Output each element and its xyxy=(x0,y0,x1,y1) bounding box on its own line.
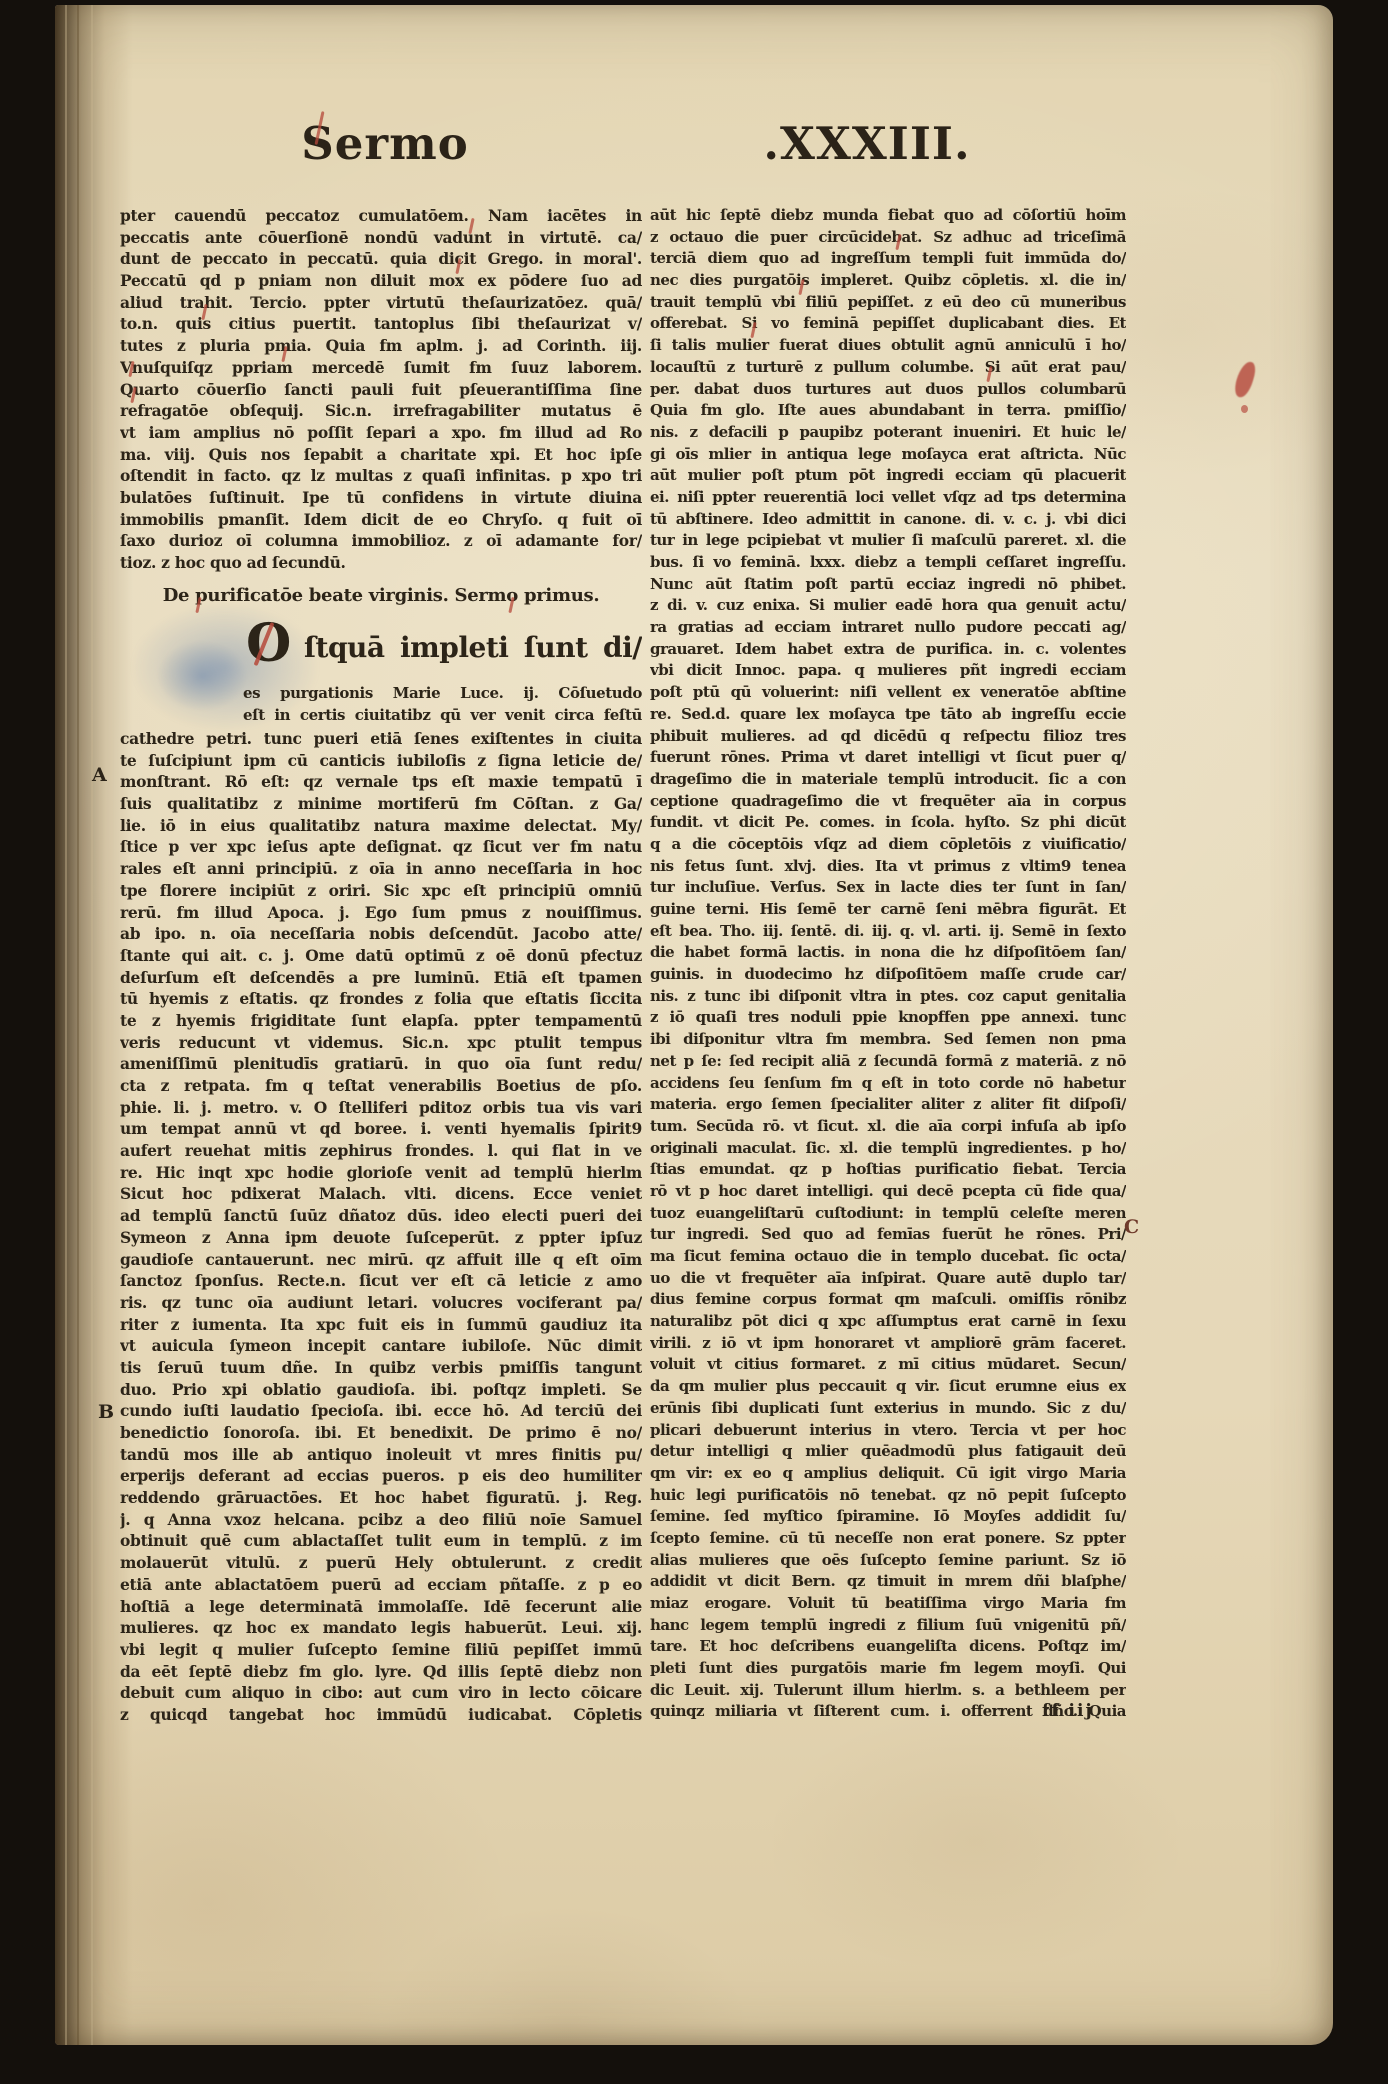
text-line: nis. z defacili p paupibz poterant inuen… xyxy=(650,422,1126,444)
text-line: cundo iuſti laudatio ſpecioſa. ibi. ecce… xyxy=(120,1400,642,1422)
text-line: z quicqd tangebat hoc immūdū iudicabat. … xyxy=(120,1704,642,1726)
text-line: z iō quaſi tres noduli ppie knopffen ppe… xyxy=(650,1007,1126,1029)
text-line: molauerūt vitulū. z puerū Hely obtulerun… xyxy=(120,1552,642,1574)
column-text-block: aūt hic ſeptē diebz munda fiebat quo ad … xyxy=(650,205,1126,1723)
text-line: ſanctoz ſponſus. Recte.n. ſicut ver eſt … xyxy=(120,1270,642,1292)
text-line: hanc legem templū ingredi z filium ſuū v… xyxy=(650,1615,1126,1637)
text-line: tioz. z hoc quo ad ſecundū. xyxy=(120,552,642,574)
text-line: voluit vt citius formaret. z mī citius m… xyxy=(650,1354,1126,1376)
text-line: virili. z iō vt ipm honoraret vt amplior… xyxy=(650,1333,1126,1355)
text-line: erperijs deferant ad eccias pueros. p ei… xyxy=(120,1465,642,1487)
text-line: ſtante qui ait. c. j. Ome datū optimū z … xyxy=(120,945,642,967)
text-line: alias mulieres que oēs ſuſcepto ſemine p… xyxy=(650,1550,1126,1572)
text-line: tutes z pluria pmia. Quia fm aplm. j. ad… xyxy=(120,335,642,357)
text-line: ſaxo durioz oī columna immobilioz. z oī … xyxy=(120,530,642,552)
margin-section-letter-c: C xyxy=(1124,1217,1139,1237)
text-line: plicari debuerunt interius in vtero. Ter… xyxy=(650,1420,1126,1442)
text-line: addidit vt dicit Bern. qz timuit in mrem… xyxy=(650,1571,1126,1593)
text-line: erūnis ſibi duplicati ſunt exterius in m… xyxy=(650,1398,1126,1420)
margin-section-letter-b: B xyxy=(98,1402,114,1422)
text-line: Peccatū qd p pniam non diluit mox ex pōd… xyxy=(120,270,642,292)
text-line: phie. li. j. metro. v. O ſtelliferi pdit… xyxy=(120,1097,642,1119)
text-line: nis fetus ſunt. xlvj. dies. Ita vt primu… xyxy=(650,856,1126,878)
text-line: lie. iō in eius qualitatibz natura maxim… xyxy=(120,815,642,837)
column-text-block: pter cauendū peccatoz cumulatōem. Nam ia… xyxy=(120,205,642,574)
text-line: naturalibz pōt dici q xpc aſſumptus erat… xyxy=(650,1311,1126,1333)
text-line: gaudioſe cantauerunt. nec mirū. qz affui… xyxy=(120,1249,642,1271)
text-line: vbi legit q mulier ſuſcepto ſemine filiū… xyxy=(120,1639,642,1661)
text-line: hoſtiā a lege determinatā immolaſſe. Idē… xyxy=(120,1596,642,1618)
text-line: duo. Prio xpi oblatio gaudioſa. ibi. poſ… xyxy=(120,1379,642,1401)
text-line: monſtrant. Rō eſt: qz vernale tps eſt ma… xyxy=(120,771,642,793)
text-line: locauſtū z turturē z pullum columbe. Si … xyxy=(650,357,1126,379)
sermon-incipit: O ſtquā impleti ſunt di/ xyxy=(120,617,642,681)
text-line: tare. Et hoc deſcribens euangeliſta dice… xyxy=(650,1636,1126,1658)
text-line: reddendo grāruactōes. Et hoc habet figur… xyxy=(120,1487,642,1509)
red-wax-stain xyxy=(1232,360,1258,400)
text-line: bus. ſi vo feminā. lxxx. diebz a templi … xyxy=(650,552,1126,574)
text-line: dic Leuit. xij. Tulerunt illum hierlm. s… xyxy=(650,1680,1126,1702)
text-line: benedictio ſonoroſa. ibi. Et benedixit. … xyxy=(120,1422,642,1444)
text-line: trauit templū vbi filiū pepiſſet. z eū d… xyxy=(650,292,1126,314)
text-line: eſt bea. Tho. iij. ſentē. di. iij. q. vl… xyxy=(650,921,1126,943)
text-line: offerebat. Si vo feminā pepiſſet duplica… xyxy=(650,313,1126,335)
text-line: re. Sed.d. quare lex moſayca tpe tāto ab… xyxy=(650,704,1126,726)
quire-signature: ff iij xyxy=(1042,1701,1094,1721)
text-line: ameniſſimū plenitudīs gratiarū. in quo o… xyxy=(120,1053,642,1075)
text-line: ſi talis mulier fuerat diues obtulit agn… xyxy=(650,335,1126,357)
margin-section-letter-a: A xyxy=(92,765,107,785)
text-line: aūt mulier poſt ptum pōt ingredi ecciam … xyxy=(650,465,1126,487)
text-line: fuerunt rōnes. Prima vt daret intelligi … xyxy=(650,747,1126,769)
text-line: tū abſtinere. Ideo admittit in canone. d… xyxy=(650,509,1126,531)
incipit-indented-lines: es purgationis Marie Luce. ij. Cōſuetudo… xyxy=(243,683,642,726)
text-line: nec dies purgatōis impleret. Quibz cōple… xyxy=(650,270,1126,292)
text-line: oſtendit in facto. qz lz multas z quaſi … xyxy=(120,465,642,487)
text-line: tuoz euangeliſtarū cuſtodiunt: in templū… xyxy=(650,1203,1126,1225)
text-line: aūt hic ſeptē diebz munda fiebat quo ad … xyxy=(650,205,1126,227)
text-line: die habet formā lactis. in nona die hz d… xyxy=(650,942,1126,964)
text-line: uo die vt frequēter aīa inſpirat. Quare … xyxy=(650,1268,1126,1290)
text-line: ei. niſi ppter reuerentiā loci vellet vſ… xyxy=(650,487,1126,509)
text-line: aufert reuehat mitis zephirus frondes. l… xyxy=(120,1140,642,1162)
page-edge-line xyxy=(91,5,93,2045)
text-line: tandū mos ille ab antiquo inoleuit vt mr… xyxy=(120,1444,642,1466)
column-text-block: cathedre petri. tunc pueri etiā ſenes ex… xyxy=(120,728,642,1726)
text-line: ma. viij. Quis nos ſepabit a charitate x… xyxy=(120,444,642,466)
text-line: cathedre petri. tunc pueri etiā ſenes ex… xyxy=(120,728,642,750)
text-line: rales eſt anni principiū. z oīa in anno … xyxy=(120,858,642,880)
text-line: cta z retpata. fm q teſtat venerabilis B… xyxy=(120,1075,642,1097)
page-edge-line xyxy=(65,5,67,2045)
text-line: z octauo die puer circūcidebat. Sz adhuc… xyxy=(650,227,1126,249)
text-line: grauaret. Idem habet extra de purifica. … xyxy=(650,639,1126,661)
text-line: ma ſicut femina octauo die in templo duc… xyxy=(650,1246,1126,1268)
red-wax-dot xyxy=(1241,405,1248,413)
text-line: rerū. fm illud Apoca. j. Ego ſum pmus z … xyxy=(120,902,642,924)
running-header-title: Sermo xyxy=(301,117,468,170)
text-line: vbi dicit Innoc. papa. q mulieres pñt in… xyxy=(650,660,1126,682)
text-line: materia. ergo ſemen ſpecialiter aliter z… xyxy=(650,1094,1126,1116)
text-line: te ſuſcipiunt ipm cū canticis iubiloſis … xyxy=(120,750,642,772)
text-line: refragatōe obſequij. Sic.n. irrefragabil… xyxy=(120,400,642,422)
text-line: dunt de peccato in peccatū. quia dicit G… xyxy=(120,248,642,270)
text-line: detur intelligi q mlier quēadmodū plus f… xyxy=(650,1441,1126,1463)
text-line: Vnuſquiſqz ppriam mercedē ſumit fm ſuuz … xyxy=(120,357,642,379)
initial-letter: O xyxy=(246,615,291,673)
text-line: Symeon z Anna ipm deuote ſuſceperūt. z p… xyxy=(120,1227,642,1249)
text-line: peccatis ante cōuerſionē nondū vadunt in… xyxy=(120,227,642,249)
text-line: obtinuit quē cum ablactaſſet tulit eum i… xyxy=(120,1530,642,1552)
text-line: ris. qz tunc oīa audiunt letari. volucre… xyxy=(120,1292,642,1314)
text-line: Quia fm glo. Iſte aues abundabant in ter… xyxy=(650,400,1126,422)
text-line: um tempat annū vt qd boree. i. venti hye… xyxy=(120,1118,642,1140)
text-line: eſt in certis ciuitatibz qū ver venit ci… xyxy=(243,705,642,727)
text-line: ra gratias ad ecciam intraret nullo pudo… xyxy=(650,617,1126,639)
text-line: pter cauendū peccatoz cumulatōem. Nam ia… xyxy=(120,205,642,227)
text-line: q a die cōceptōis vſqz ad diem cōpletōis… xyxy=(650,834,1126,856)
text-line: per. dabat duos turtures aut duos pullos… xyxy=(650,379,1126,401)
text-line: vt auicula ſymeon incepit cantare iubilo… xyxy=(120,1335,642,1357)
text-line: Sicut hoc pdixerat Malach. vlti. dicens.… xyxy=(120,1183,642,1205)
text-line: huic legi purificatōis nō tenebat. qz nō… xyxy=(650,1485,1126,1507)
text-line: mulieres. qz hoc ex mandato legis habuer… xyxy=(120,1617,642,1639)
running-header-folio-number: .XXXIII. xyxy=(763,117,970,170)
text-line: tis ſeruū tuum dñe. In quibz verbis pmiſ… xyxy=(120,1357,642,1379)
text-line: pleti ſunt dies purgatōis marie fm legem… xyxy=(650,1658,1126,1680)
text-column-right: aūt hic ſeptē diebz munda fiebat quo ad … xyxy=(650,205,1126,1735)
text-line: debuit cum aliquo in cibo: aut cum viro … xyxy=(120,1682,642,1704)
incipit-large-text: ſtquā impleti ſunt di/ xyxy=(304,625,642,675)
text-line: veris reducunt vt videmus. Sic.n. xpc pt… xyxy=(120,1032,642,1054)
text-line: da qm mulier plus peccauit q vir. ſicut … xyxy=(650,1376,1126,1398)
text-line: ſtias emundat. qz p hoſtias purificatio … xyxy=(650,1159,1126,1181)
text-line: qm vir: ex eo q amplius deliquit. Cū igi… xyxy=(650,1463,1126,1485)
text-line: gi oīs mlier in antiqua lege moſayca era… xyxy=(650,444,1126,466)
text-line: ab ipo. n. oīa neceſſaria nobis deſcendū… xyxy=(120,923,642,945)
text-line: miaz erogare. Voluit tū beatiſſima virgo… xyxy=(650,1593,1126,1615)
text-line: originali maculat. ſic. xl. die templū i… xyxy=(650,1138,1126,1160)
text-line: z di. v. cuz enixa. Si mulier eadē hora … xyxy=(650,595,1126,617)
text-line: riter z iumenta. Ita xpc fuit eis in ſum… xyxy=(120,1314,642,1336)
text-line: dius femine corpus format qm maſculi. om… xyxy=(650,1289,1126,1311)
text-line: tur incluſiue. Verſus. Sex in lacte dies… xyxy=(650,877,1126,899)
text-line: tur ingredi. Sed quo ad femīas fuerūt he… xyxy=(650,1224,1126,1246)
text-line: es purgationis Marie Luce. ij. Cōſuetudo xyxy=(243,683,642,705)
text-line: fundit. vt dicit Pe. comes. in ſcola. hy… xyxy=(650,812,1126,834)
text-line: nis. z tunc ibi diſponit vltra in ptes. … xyxy=(650,986,1126,1008)
text-line: tū hyemis z eſtatis. qz frondes z folia … xyxy=(120,988,642,1010)
text-line: net p ſe: ſed recipit aliā z ſecundā for… xyxy=(650,1051,1126,1073)
text-line: guinis. in duodecimo hz diſpoſitōem maſſ… xyxy=(650,964,1126,986)
text-line: vt iam amplius nō poſſit ſepari a xpo. f… xyxy=(120,422,642,444)
text-line: da eēt ſeptē diebz fm glo. lyre. Qd illi… xyxy=(120,1661,642,1683)
text-line: guine terni. His ſemē ter carnē ſeni mēb… xyxy=(650,899,1126,921)
photo-background: Sermo .XXXIII. pter cauendū peccatoz cum… xyxy=(0,0,1388,2084)
text-line: Quarto cōuerſio ſancti pauli fuit pſeuer… xyxy=(120,379,642,401)
text-line: tur in lege pcipiebat vt mulier ſi maſcu… xyxy=(650,530,1126,552)
text-line: te z hyemis frigiditate ſunt elapſa. ppt… xyxy=(120,1010,642,1032)
text-line: ſemine. ſed myſtico ſpiramine. Iō Moyſes… xyxy=(650,1506,1126,1528)
text-line: terciā diem quo ad ingreſſum templi fuit… xyxy=(650,248,1126,270)
page-edge-line xyxy=(77,5,79,2045)
text-line: accidens ſeu ſenſum fm q eſt in toto cor… xyxy=(650,1073,1126,1095)
text-line: ad templū ſanctū ſuūz dñatoz dūs. ideo e… xyxy=(120,1205,642,1227)
text-line: poſt ptū qū voluerint: niſi vellent ex v… xyxy=(650,682,1126,704)
text-line: ibi diſponitur vltra fm membra. Sed ſeme… xyxy=(650,1029,1126,1051)
text-line: phibuit mulieres. ad qd dicēdū q reſpect… xyxy=(650,726,1126,748)
text-line: to.n. quis citius puertit. tantoplus ſib… xyxy=(120,313,642,335)
text-line: ſcepto ſemine. cū tū neceſſe non erat po… xyxy=(650,1528,1126,1550)
text-line: tpe florere incipiūt z oriri. Sic xpc eſ… xyxy=(120,880,642,902)
text-column-left: pter cauendū peccatoz cumulatōem. Nam ia… xyxy=(120,205,642,1735)
text-line: Nunc aūt ſtatim poſt partū ecciaz ingred… xyxy=(650,574,1126,596)
text-line: immobilis pmanſit. Idem dicit de eo Chry… xyxy=(120,509,642,531)
text-line: tum. Secūda rō. vt ſicut. xl. die aīa co… xyxy=(650,1116,1126,1138)
text-line: ceptione quadrageſimo die vt frequēter a… xyxy=(650,791,1126,813)
text-line: re. Hic inqt xpc hodie glorioſe venit ad… xyxy=(120,1162,642,1184)
book-page: Sermo .XXXIII. pter cauendū peccatoz cum… xyxy=(55,5,1333,2045)
text-line: aliud trahit. Tercio. ppter virtutū theſ… xyxy=(120,292,642,314)
text-line: bulatōes ſuſtinuit. Ipe tū confidens in … xyxy=(120,487,642,509)
text-line: rō vt p hoc daret intelligi. qui decē pc… xyxy=(650,1181,1126,1203)
text-line: drageſimo die in materiale templū introd… xyxy=(650,769,1126,791)
text-line: ſtice p ver xpc ieſus apte deſignat. qz … xyxy=(120,836,642,858)
text-line: deſurſum eſt deſcendēs a pre luminū. Eti… xyxy=(120,967,642,989)
text-line: ſuis qualitatibz z minime mortiferū fm C… xyxy=(120,793,642,815)
text-line: j. q Anna vxoz helcana. pcibz a deo fili… xyxy=(120,1509,642,1531)
text-line: etiā ante ablactatōem puerū ad ecciam pñ… xyxy=(120,1574,642,1596)
